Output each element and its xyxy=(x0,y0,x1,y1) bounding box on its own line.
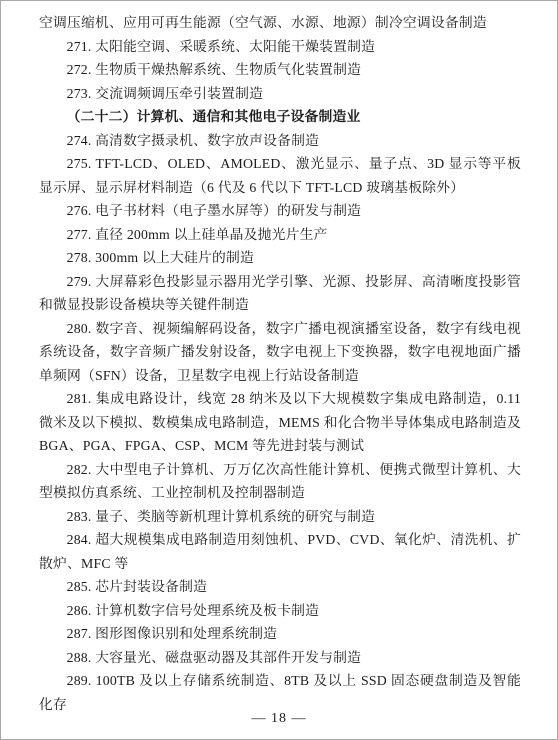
document-body: 空调压缩机、应用可再生能源（空气源、水源、地源）制冷空调设备制造271. 太阳能… xyxy=(39,11,521,716)
section-heading: （二十二）计算机、通信和其他电子设备制造业 xyxy=(39,105,521,129)
catalog-item-279: 279. 大屏幕彩色投影显示器用光学引擎、光源、投影屏、高清晰度投影管和微显投影… xyxy=(39,270,521,317)
catalog-item-281: 281. 集成电路设计，线宽 28 纳米及以下大规模数字集成电路制造，0.11 … xyxy=(39,387,521,458)
catalog-item-273: 273. 交流调频调压牵引装置制造 xyxy=(39,82,521,106)
catalog-item-282: 282. 大中型电子计算机、万万亿次高性能计算机、便携式微型计算机、大型模拟仿真… xyxy=(39,458,521,505)
catalog-item-287: 287. 图形图像识别和处理系统制造 xyxy=(39,622,521,646)
catalog-item-271: 271. 太阳能空调、采暖系统、太阳能干燥装置制造 xyxy=(39,35,521,59)
catalog-item-284: 284. 超大规模集成电路制造用刻蚀机、PVD、CVD、氧化炉、清洗机、扩散炉、… xyxy=(39,528,521,575)
page-number-footer: — 18 — xyxy=(1,710,557,728)
catalog-item-278: 278. 300mm 以上大硅片的制造 xyxy=(39,246,521,270)
catalog-item-276: 276. 电子书材料（电子墨水屏等）的研发与制造 xyxy=(39,199,521,223)
catalog-item-277: 277. 直径 200mm 以上硅单晶及抛光片生产 xyxy=(39,223,521,247)
catalog-item-283: 283. 量子、类脑等新机理计算机系统的研究与制造 xyxy=(39,505,521,529)
catalog-item-280: 280. 数字音、视频编解码设备，数字广播电视演播室设备，数字有线电视系统设备，… xyxy=(39,317,521,388)
catalog-item-272: 272. 生物质干燥热解系统、生物质气化装置制造 xyxy=(39,58,521,82)
catalog-item-286: 286. 计算机数字信号处理系统及板卡制造 xyxy=(39,599,521,623)
catalog-item-285: 285. 芯片封装设备制造 xyxy=(39,575,521,599)
catalog-item-274: 274. 高清数字摄录机、数字放声设备制造 xyxy=(39,129,521,153)
continuation-paragraph: 空调压缩机、应用可再生能源（空气源、水源、地源）制冷空调设备制造 xyxy=(39,11,521,35)
catalog-item-288: 288. 大容量光、磁盘驱动器及其部件开发与制造 xyxy=(39,646,521,670)
catalog-item-275: 275. TFT-LCD、OLED、AMOLED、激光显示、量子点、3D 显示等… xyxy=(39,152,521,199)
catalog-item-289: 289. 100TB 及以上存储系统制造、8TB 及以上 SSD 固态硬盘制造及… xyxy=(39,669,521,716)
document-page: 空调压缩机、应用可再生能源（空气源、水源、地源）制冷空调设备制造271. 太阳能… xyxy=(0,0,558,740)
